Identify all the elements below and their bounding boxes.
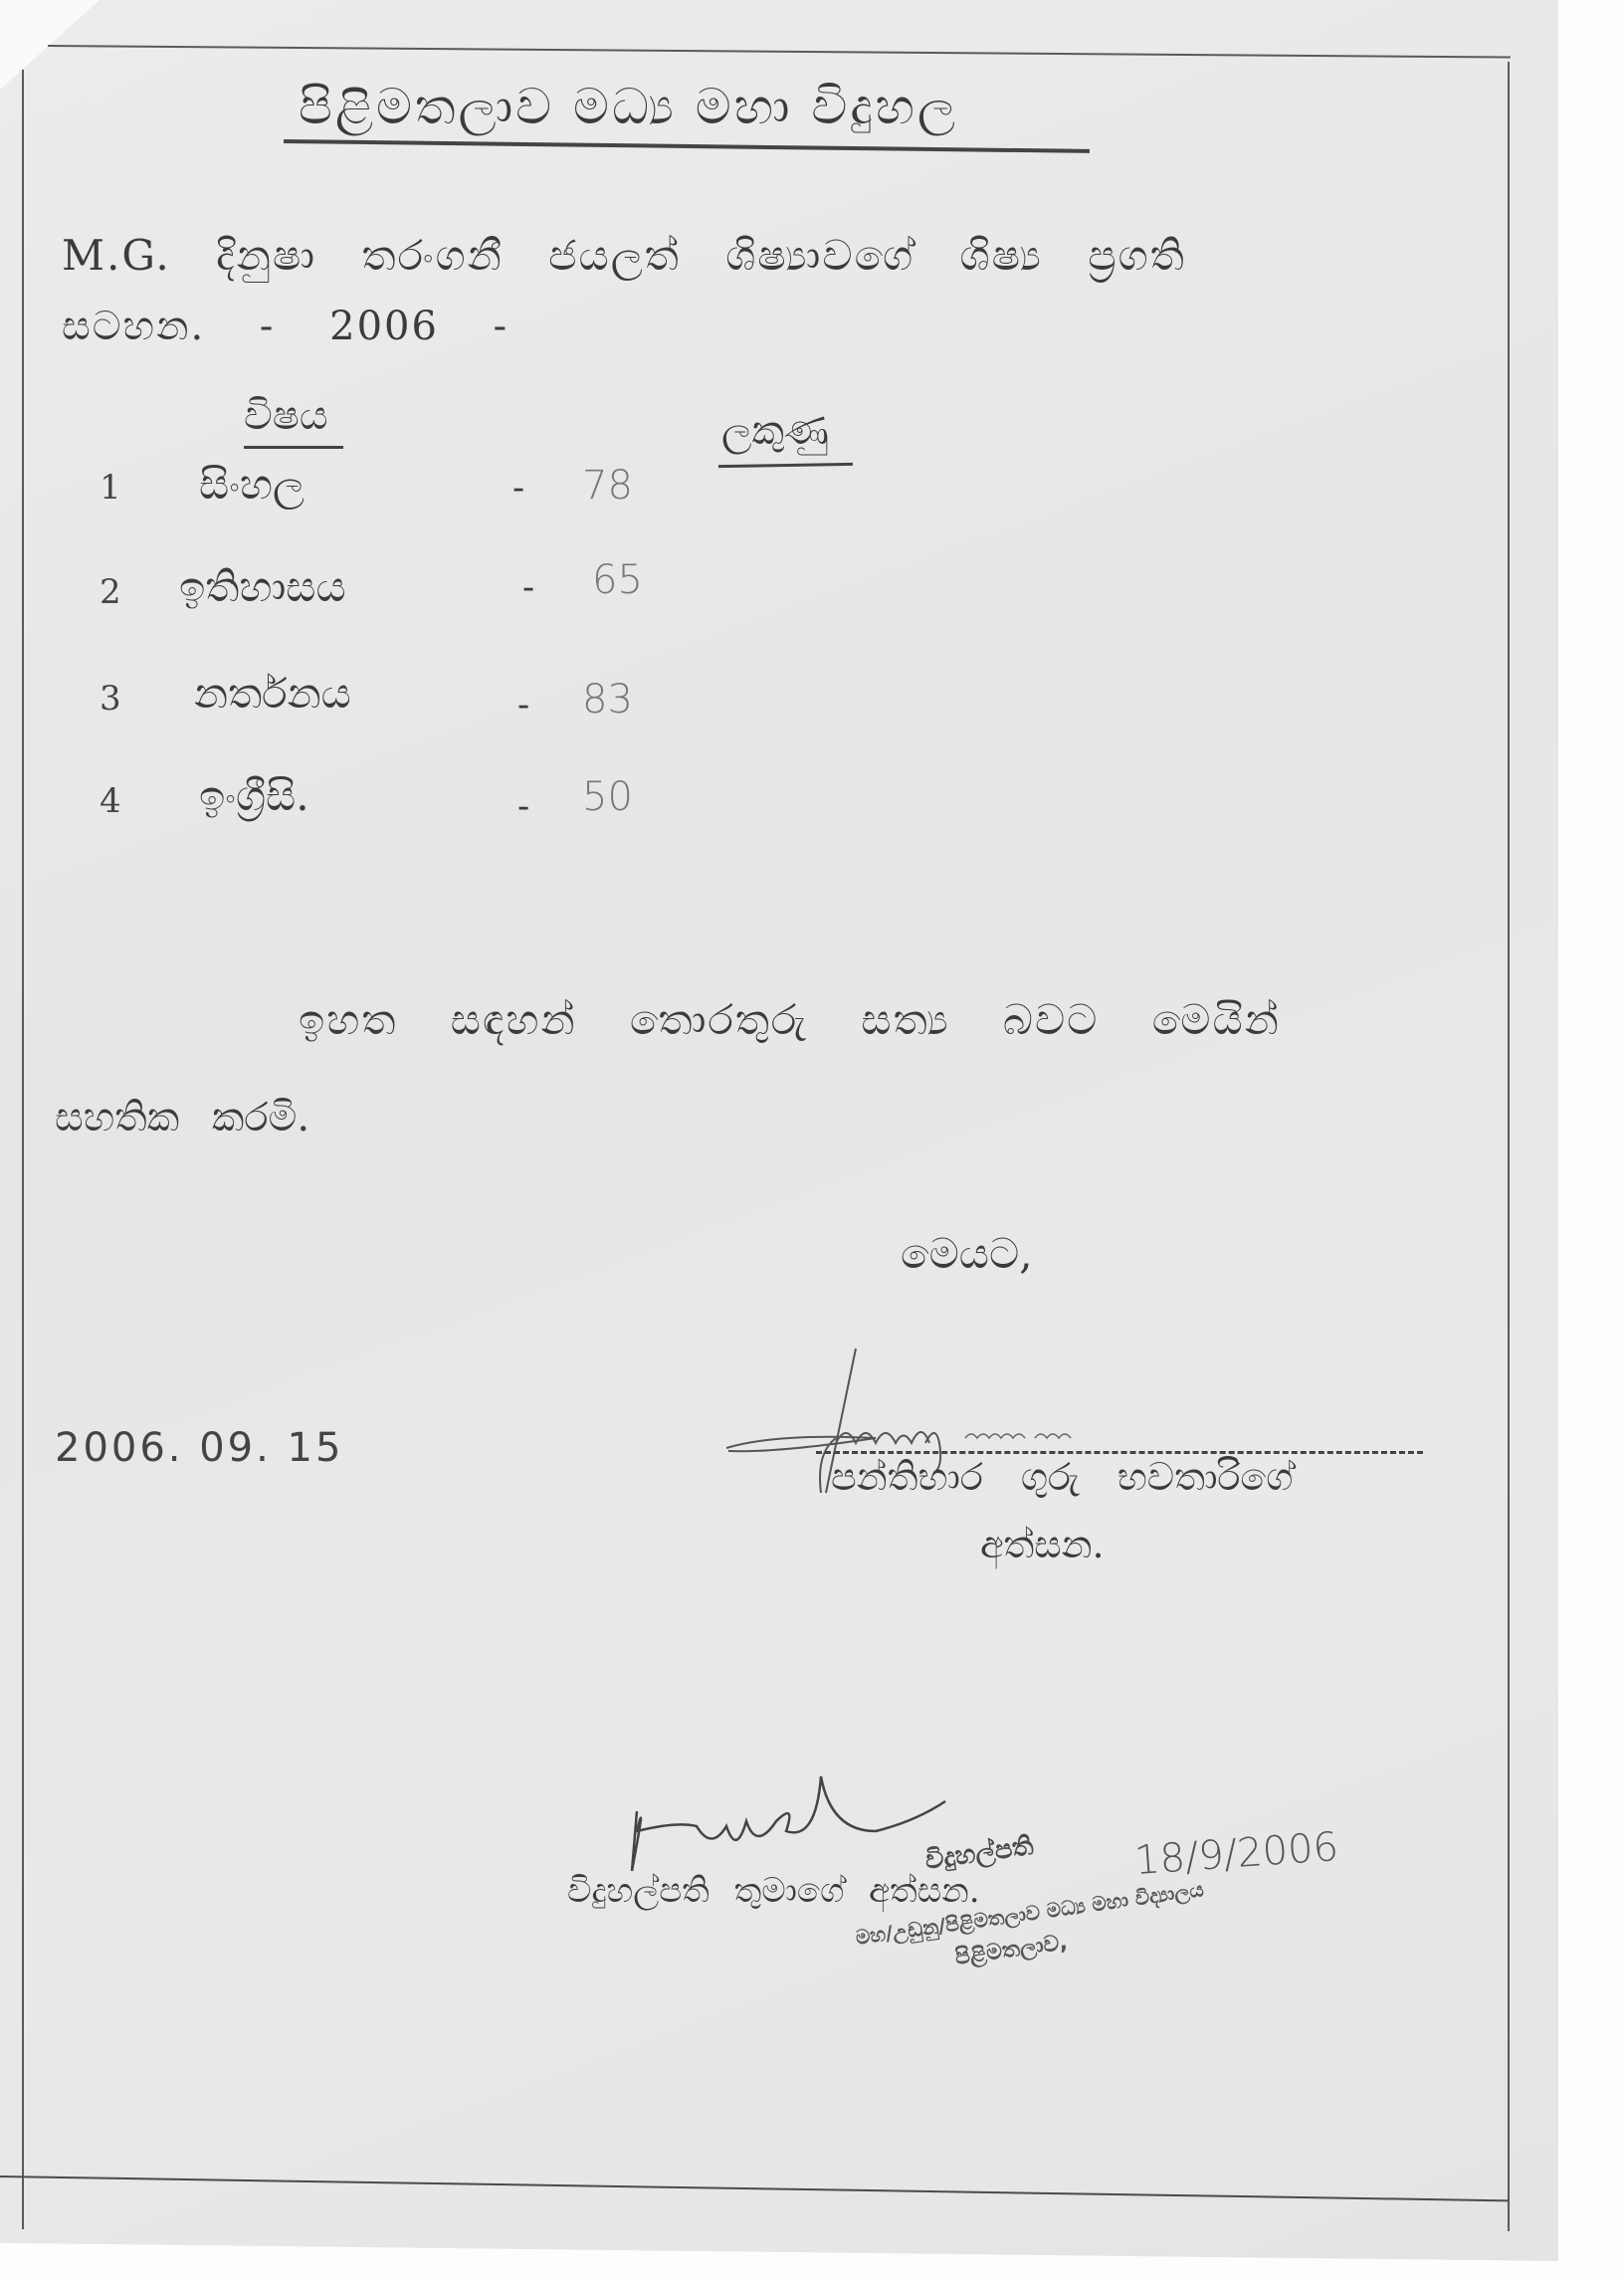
report-intro-line2: සටහන. - 2006 -: [62, 304, 508, 349]
teacher-signature-role: අත්සන.: [980, 1523, 1105, 1567]
row-number: 2: [100, 572, 121, 612]
row-dash: -: [522, 567, 534, 608]
subject-marks: 83: [582, 677, 633, 723]
border-line-left: [22, 70, 24, 2229]
subject-name: ඉතිහාසය: [179, 562, 346, 612]
row-number: 4: [100, 781, 121, 821]
certification-text-line2: සහතික කරමි.: [55, 1095, 309, 1140]
teacher-signature-label: පන්තිභාර ගුරු භවතාරිගේ: [831, 1455, 1293, 1500]
border-line-right: [1508, 62, 1510, 2231]
subject-marks: 78: [582, 463, 633, 509]
row-number: 3: [100, 679, 121, 719]
principal-signature-label: විදුහල්පති තුමාගේ අත්සන.: [567, 1871, 980, 1911]
subject-name: ඉංග්‍රීසි.: [199, 771, 309, 821]
document-date: 2006. 09. 15: [55, 1425, 343, 1471]
subject-marks: 50: [582, 774, 633, 820]
closing-salutation: මෙයට,: [901, 1229, 1033, 1279]
subject-column-header: විෂය: [244, 393, 328, 439]
subject-marks: 65: [592, 557, 643, 603]
subject-name: නර්තනය: [194, 669, 351, 719]
marks-column-header: ලකුණු: [721, 408, 829, 454]
certification-text-line1: ඉහත සඳහන් තොරතුරු සත්‍ය බවට මෙයින්: [299, 995, 1281, 1045]
row-number: 1: [100, 468, 121, 508]
row-dash: -: [517, 786, 529, 827]
row-dash: -: [512, 468, 524, 509]
row-dash: -: [517, 685, 529, 725]
subject-name: සිංහල: [199, 460, 304, 510]
subject-header-underline: [244, 446, 343, 449]
report-intro-line1: M.G. දිනුෂා තරංගනී ජයලත් ශිෂ්‍යාවගේ ශිෂ්…: [62, 231, 1186, 281]
school-title: පිළිමතලාව මධ්‍ය මහා විදුහල: [299, 78, 958, 136]
signature-dotted-line: [816, 1451, 1423, 1454]
